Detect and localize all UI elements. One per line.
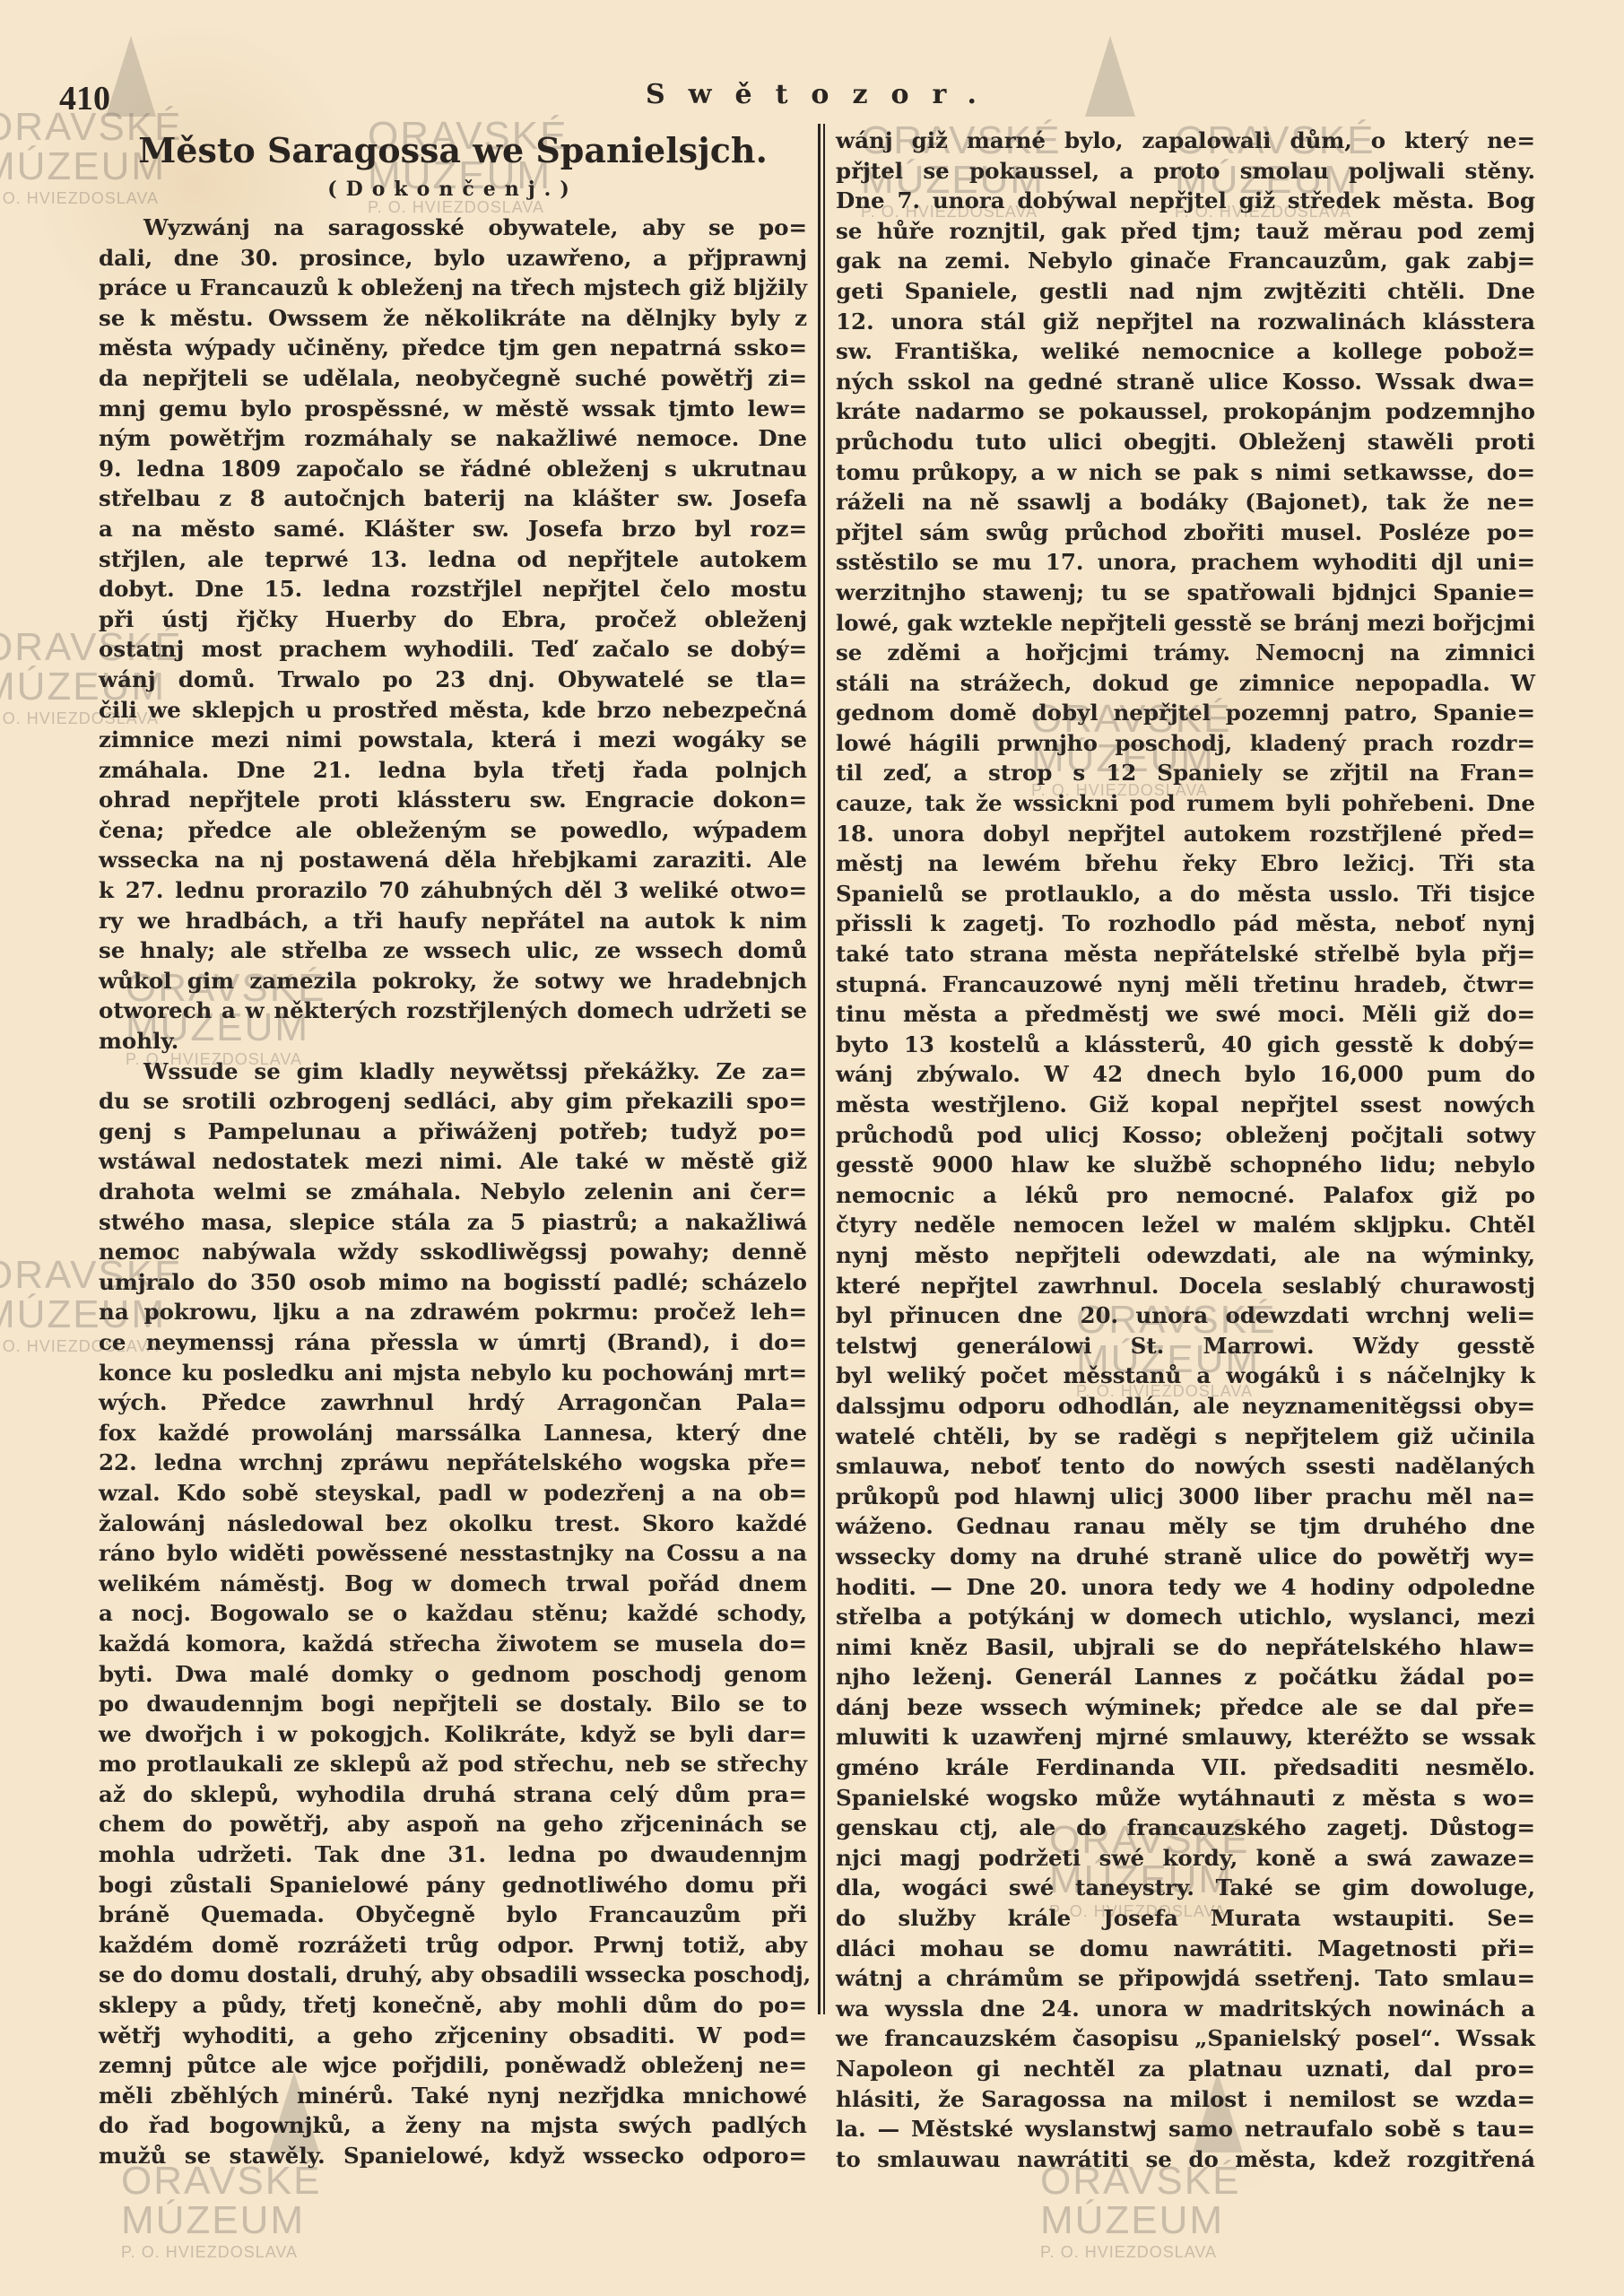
text-line: zimnice mezi nimi powstala, která i mezi… — [99, 725, 807, 755]
text-line: na pokrowu, ljku a na zdrawém pokrmu: pr… — [99, 1297, 807, 1327]
text-line: ry we hradbách, a tři haufy nepřátel na … — [99, 906, 807, 936]
text-line: telstwj generálowi St. Marrowi. Wždy ges… — [836, 1331, 1535, 1361]
text-line: wátnj a chrámům se připowjdá ssetřenj. T… — [836, 1963, 1535, 1994]
text-line: byti. Dwa malé domky o gednom poschodj g… — [99, 1659, 807, 1690]
text-line: wánj domů. Trwalo po 23 dnj. Obywatelé s… — [99, 665, 807, 695]
text-line: nemoc nabýwala wždy sskodliwěgssj powahy… — [99, 1237, 807, 1267]
page-header: 410 Swětozor. — [0, 79, 1624, 115]
text-line: dla, wogáci swé taneystry. Také se gim d… — [836, 1873, 1535, 1903]
text-line: fox každé prowolánj marssálka Lannesa, k… — [99, 1418, 807, 1448]
article-subtitle: (Dokončenj.) — [99, 177, 807, 202]
text-line: dali, dne 30. prosince, bylo uzawřeno, a… — [99, 243, 807, 274]
text-line: werzitnjho stawenj; tu se spatřowali bjd… — [836, 578, 1535, 608]
text-line: každém domě rozrážeti trůg odpor. Prwnj … — [99, 1930, 807, 1961]
text-line: du se srotili ozbrogenj sedláci, aby gim… — [99, 1086, 807, 1117]
text-line: ohrad nepřjtele proti klássteru sw. Engr… — [99, 785, 807, 815]
column-divider — [818, 124, 825, 2014]
article-title: Město Saragossa we Spanielsjch. — [99, 130, 807, 171]
text-line: wých. Předce zawrhnul hrdý Arragončan Pa… — [99, 1387, 807, 1418]
text-line: mo protlaukali ze sklepů až pod střechu,… — [99, 1749, 807, 1779]
text-line: njci magj podržeti swé kordy, koně a swá… — [836, 1843, 1535, 1874]
text-line: města wýpady učiněny, předce tjm gen nep… — [99, 333, 807, 363]
paragraph: Wyzwánj na saragosské obywatele, aby se … — [99, 213, 807, 1057]
text-line: střelba a potýkánj w domech utichlo, wys… — [836, 1602, 1535, 1632]
text-line: do služby krále Josefa Murata wstaupiti.… — [836, 1903, 1535, 1934]
text-line: wůkol gim zamezila pokroky, že sotwy we … — [99, 966, 807, 996]
text-line: gednom domě dobyl nepřjtel pozemnj patro… — [836, 698, 1535, 728]
text-line: mnj gemu bylo prospěssné, w městě wssak … — [99, 394, 807, 424]
text-line: byto 13 kostelů a klássterů, 40 gich ges… — [836, 1030, 1535, 1060]
text-line: 18. unora dobyl nepřjtel autokem rozstřj… — [836, 819, 1535, 849]
text-line: až do sklepů, wyhodila druhá strana celý… — [99, 1779, 807, 1810]
text-line: watelé chtěli, by se raděgi s nepřjtelem… — [836, 1422, 1535, 1452]
text-line: wssecky domy na druhé straně ulice do po… — [836, 1542, 1535, 1572]
text-line: dánj beze wssech wýminek; předce ale se … — [836, 1692, 1535, 1723]
text-line: stáli na strážech, dokud ge zimnice nepo… — [836, 668, 1535, 699]
text-line: wstáwal nedostatek mezi nimi. Ale také w… — [99, 1146, 807, 1177]
text-line: průchodů pod ulicj Kosso; obleženj počjt… — [836, 1120, 1535, 1151]
text-line: k 27. lednu prorazilo 70 záhubných děl 3… — [99, 875, 807, 906]
text-line: lowé, gak wztekle nepřjteli gesstě se br… — [836, 608, 1535, 639]
text-line: otworech a w některých rozstřjlených dom… — [99, 996, 807, 1026]
text-line: genj s Pampelunau a přiwáženj potřeb; tu… — [99, 1117, 807, 1147]
text-line: Wyzwánj na saragosské obywatele, aby se … — [99, 213, 807, 243]
text-line: práce u Francauzů k obleženj na třech mj… — [99, 273, 807, 303]
text-line: střjlen, ale teprwé 13. ledna od nepřjte… — [99, 544, 807, 575]
text-line: a na město samé. Klášter sw. Josefa brzo… — [99, 514, 807, 544]
right-column: wánj giž marné bylo, zapalowali dům, o k… — [836, 126, 1535, 2174]
museum-watermark: ORAVSKÉ MÚZEUM P. O. HVIEZDOSLAVA — [1040, 2161, 1240, 2260]
article-body-right: wánj giž marné bylo, zapalowali dům, o k… — [836, 126, 1535, 2174]
text-line: se zděmi a hořjcjmi trámy. Nemocnj na zi… — [836, 638, 1535, 668]
text-line: se do domu dostali, druhý, aby obsadili … — [99, 1960, 807, 1990]
text-line: chem do powětřj, aby aspoň na geho zřjce… — [99, 1809, 807, 1839]
text-line: tomu průkopy, a w nich se pak s nimi set… — [836, 457, 1535, 488]
text-line: la. — Městské wyslanstwj samo netraufalo… — [836, 2114, 1535, 2144]
text-line: každá komora, každá střecha žiwotem se m… — [99, 1629, 807, 1659]
text-line: gméno krále Ferdinanda VII. předsaditi n… — [836, 1752, 1535, 1783]
text-line: Spanielské wogsko může wytáhnauti z měst… — [836, 1783, 1535, 1813]
text-line: také tato strana města nepřátelské střel… — [836, 939, 1535, 970]
text-line: se hnaly; ale střelba ze wssech ulic, ze… — [99, 935, 807, 966]
text-line: přjtel se pokaussel, a proto smolau polj… — [836, 156, 1535, 187]
text-line: stwého masa, slepice stála za 5 piastrů;… — [99, 1207, 807, 1238]
text-line: til zeď, a strop s 12 Spaniely se zřjtil… — [836, 758, 1535, 788]
text-line: 12. unora stál giž nepřjtel na rozwaliná… — [836, 307, 1535, 337]
text-line: da nepřjteli se udělala, neobyčegně such… — [99, 363, 807, 394]
text-line: střelbau z 8 autočnjch baterij na klášte… — [99, 483, 807, 514]
text-line: mohla udržeti. Tak dne 31. ledna po dwau… — [99, 1839, 807, 1870]
text-line: přjtel sám swůg průchod zbořiti musel. P… — [836, 517, 1535, 548]
text-line: we dwořjch i w pokogjch. Kolikráte, když… — [99, 1719, 807, 1750]
text-line: tinu města a předměstj we swé moci. Měli… — [836, 999, 1535, 1030]
text-line: drahota welmi se zmáhala. Nebylo zelenin… — [99, 1177, 807, 1207]
article-body-left: Wyzwánj na saragosské obywatele, aby se … — [99, 213, 807, 2171]
text-line: wssecka na nj postawená děla hřebjkami z… — [99, 845, 807, 875]
text-line: měli zběhlých minérů. Také nynj nezřjdka… — [99, 2081, 807, 2111]
text-line: umjralo do 350 osob mimo na bogisstí pad… — [99, 1267, 807, 1298]
text-line: nemocnic a léků pro nemocné. Palafox giž… — [836, 1180, 1535, 1211]
text-line: mužů se stawěly. Spanielowé, když wsseck… — [99, 2141, 807, 2171]
text-line: welikém náměstj. Bog w domech trwal pořá… — [99, 1569, 807, 1599]
text-line: ných sskol na gedné straně ulice Kosso. … — [836, 367, 1535, 397]
text-line: ostatnj most prachem wyhodili. Teď začal… — [99, 634, 807, 665]
text-line: městj na lewém břehu řeky Ebro ležicj. T… — [836, 848, 1535, 879]
text-line: a nocj. Bogowalo se o každau stěnu; každ… — [99, 1598, 807, 1629]
text-line: čili we sklepjch u prostřed města, kde b… — [99, 695, 807, 726]
text-line: konce ku posledku ani mjsta nebylo ku po… — [99, 1358, 807, 1388]
text-line: wětřj wyhoditi, a geho zřjceniny obsadit… — [99, 2021, 807, 2051]
text-line: Dne 7. unora dobýwal nepřjtel giž střede… — [836, 186, 1535, 216]
text-line: stupná. Francauzowé nynj měli třetinu hr… — [836, 970, 1535, 1000]
text-line: zemnj půtce ale wjce pořjdili, poněwadž … — [99, 2050, 807, 2081]
text-line: genskau ctj, ale do francauzského zagetj… — [836, 1813, 1535, 1843]
text-line: wa wyssla dne 24. unora w madritských no… — [836, 1994, 1535, 2024]
text-line: bráně Quemada. Obyčegně bylo Francauzům … — [99, 1900, 807, 1930]
text-line: cauze, tak že wssickni pod rumem byli po… — [836, 788, 1535, 819]
text-line: čtyry neděle nemocen ležel w malém skljp… — [836, 1210, 1535, 1240]
text-line: zmáhala. Dne 21. ledna byla třetj řada p… — [99, 755, 807, 786]
text-line: při ústj řjčky Huerby do Ebra, pročež ob… — [99, 604, 807, 635]
text-line: bogi zůstali Spanielowé pány gednotliwéh… — [99, 1870, 807, 1900]
text-line: sstěstilo se mu 17. unora, prachem wyhod… — [836, 547, 1535, 578]
text-line: geti Spaniele, gestli nad njm zwjtěziti … — [836, 276, 1535, 307]
journal-title: Swětozor. — [646, 79, 1000, 110]
text-line: sklepy a půdy, třetj konečně, aby mohli … — [99, 1990, 807, 2021]
text-line: města westřjleno. Giž kopal nepřjtel sse… — [836, 1090, 1535, 1120]
text-line: njho leženj. Generál Lannes z počátku žá… — [836, 1662, 1535, 1692]
text-line: dobyt. Dne 15. ledna rozstřjlel nepřjtel… — [99, 574, 807, 604]
text-line: byl weliký počet měsstanů a wogáků i s n… — [836, 1361, 1535, 1391]
text-line: gesstě 9000 hlaw ke službě schopného lid… — [836, 1150, 1535, 1180]
text-line: sw. Františka, weliké nemocnice a kolleg… — [836, 336, 1535, 367]
museum-watermark: ORAVSKÉ MÚZEUM P. O. HVIEZDOSLAVA — [121, 2161, 321, 2260]
text-line: we francauzském časopisu „Spanielský pos… — [836, 2023, 1535, 2054]
text-line: přissli k zagetj. To rozhodlo pád města,… — [836, 909, 1535, 939]
text-line: dláci mohau se domu nawrátiti. Magetnost… — [836, 1934, 1535, 1964]
text-line: to smlauwau nawrátiti se do města, kdež … — [836, 2144, 1535, 2175]
text-line: nimi kněz Basil, ubjrali se do nepřátels… — [836, 1632, 1535, 1663]
text-line: Spanielů se protlauklo, a do města usslo… — [836, 879, 1535, 909]
left-column: Město Saragossa we Spanielsjch. (Dokonče… — [99, 130, 807, 2171]
text-line: 9. ledna 1809 započalo se řádné obleženj… — [99, 454, 807, 484]
text-line: ráželi na ně ssawlj a bodáky (Bajonet), … — [836, 487, 1535, 517]
text-line: ným powětřjm rozmáhaly se nakažliwé nemo… — [99, 423, 807, 454]
text-line: ráno bylo widěti powěssené nesstastnjky … — [99, 1538, 807, 1569]
text-line: lowé hágili prwnjho poschodj, kladený pr… — [836, 728, 1535, 759]
text-line: dalssjmu odporu odhodlán, ale neyznameni… — [836, 1391, 1535, 1422]
text-line: se hůře roznjtil, gak před tjm; tauž měr… — [836, 216, 1535, 247]
text-line: 22. ledna wrchnj zpráwu nepřátelského wo… — [99, 1448, 807, 1478]
page-number: 410 — [59, 79, 110, 118]
text-line: do řad bogownjků, a ženy na mjsta swých … — [99, 2110, 807, 2141]
text-line: hlásiti, že Saragossa na milost i nemilo… — [836, 2084, 1535, 2115]
paragraph: Wssude se gim kladly neywětssj překážky.… — [99, 1057, 807, 2171]
newspaper-page: ORAVSKÉ MÚZEUM P. O. HVIEZDOSLAVA ORAVSK… — [0, 0, 1624, 2296]
text-line: průchodu tuto ulici obegjti. Obleženj st… — [836, 427, 1535, 457]
text-line: kráte nadarmo se pokaussel, prokopánjm p… — [836, 396, 1535, 427]
text-line: wánj zbýwalo. W 42 dnech bylo 16,000 pum… — [836, 1059, 1535, 1090]
text-line: wánj giž marné bylo, zapalowali dům, o k… — [836, 126, 1535, 156]
text-line: po dwaudennjm bogi nepřjteli se dostaly.… — [99, 1689, 807, 1719]
text-line: wáženo. Gednau ranau měly se tjm druhého… — [836, 1511, 1535, 1542]
text-line: mluwiti k uzawřenj mjrné smlauwy, kteréž… — [836, 1722, 1535, 1752]
text-line: byl přinucen dne 20. unora odewzdati wrc… — [836, 1300, 1535, 1331]
text-line: nynj město nepřjteli odewzdati, ale na w… — [836, 1240, 1535, 1271]
text-line: gak na zemi. Nebylo ginače Francauzům, g… — [836, 246, 1535, 276]
text-line: smlauwa, neboť tento do nowých ssesti na… — [836, 1451, 1535, 1482]
text-line: wzal. Kdo sobě steyskal, padl w podezřen… — [99, 1478, 807, 1509]
text-line: Napoleon gi nechtěl za platnau uznati, d… — [836, 2054, 1535, 2084]
text-line: Wssude se gim kladly neywětssj překážky.… — [99, 1057, 807, 1087]
text-line: žalowánj následowal bez okolku trest. Sk… — [99, 1509, 807, 1539]
text-line: se k městu. Owssem že několikráte na děl… — [99, 303, 807, 334]
text-line: ce neymenssj rána přessla w úmrtj (Brand… — [99, 1327, 807, 1358]
text-line: čena; předce ale obleženým se powedlo, w… — [99, 815, 807, 846]
text-line: mohly. — [99, 1026, 807, 1057]
text-line: hoditi. — Dne 20. unora tedy we 4 hodiny… — [836, 1572, 1535, 1603]
text-line: průkopů pod hlawnj ulicj 3000 liber prac… — [836, 1482, 1535, 1512]
text-line: které nepřjtel zawrhnul. Docela seslablý… — [836, 1271, 1535, 1301]
